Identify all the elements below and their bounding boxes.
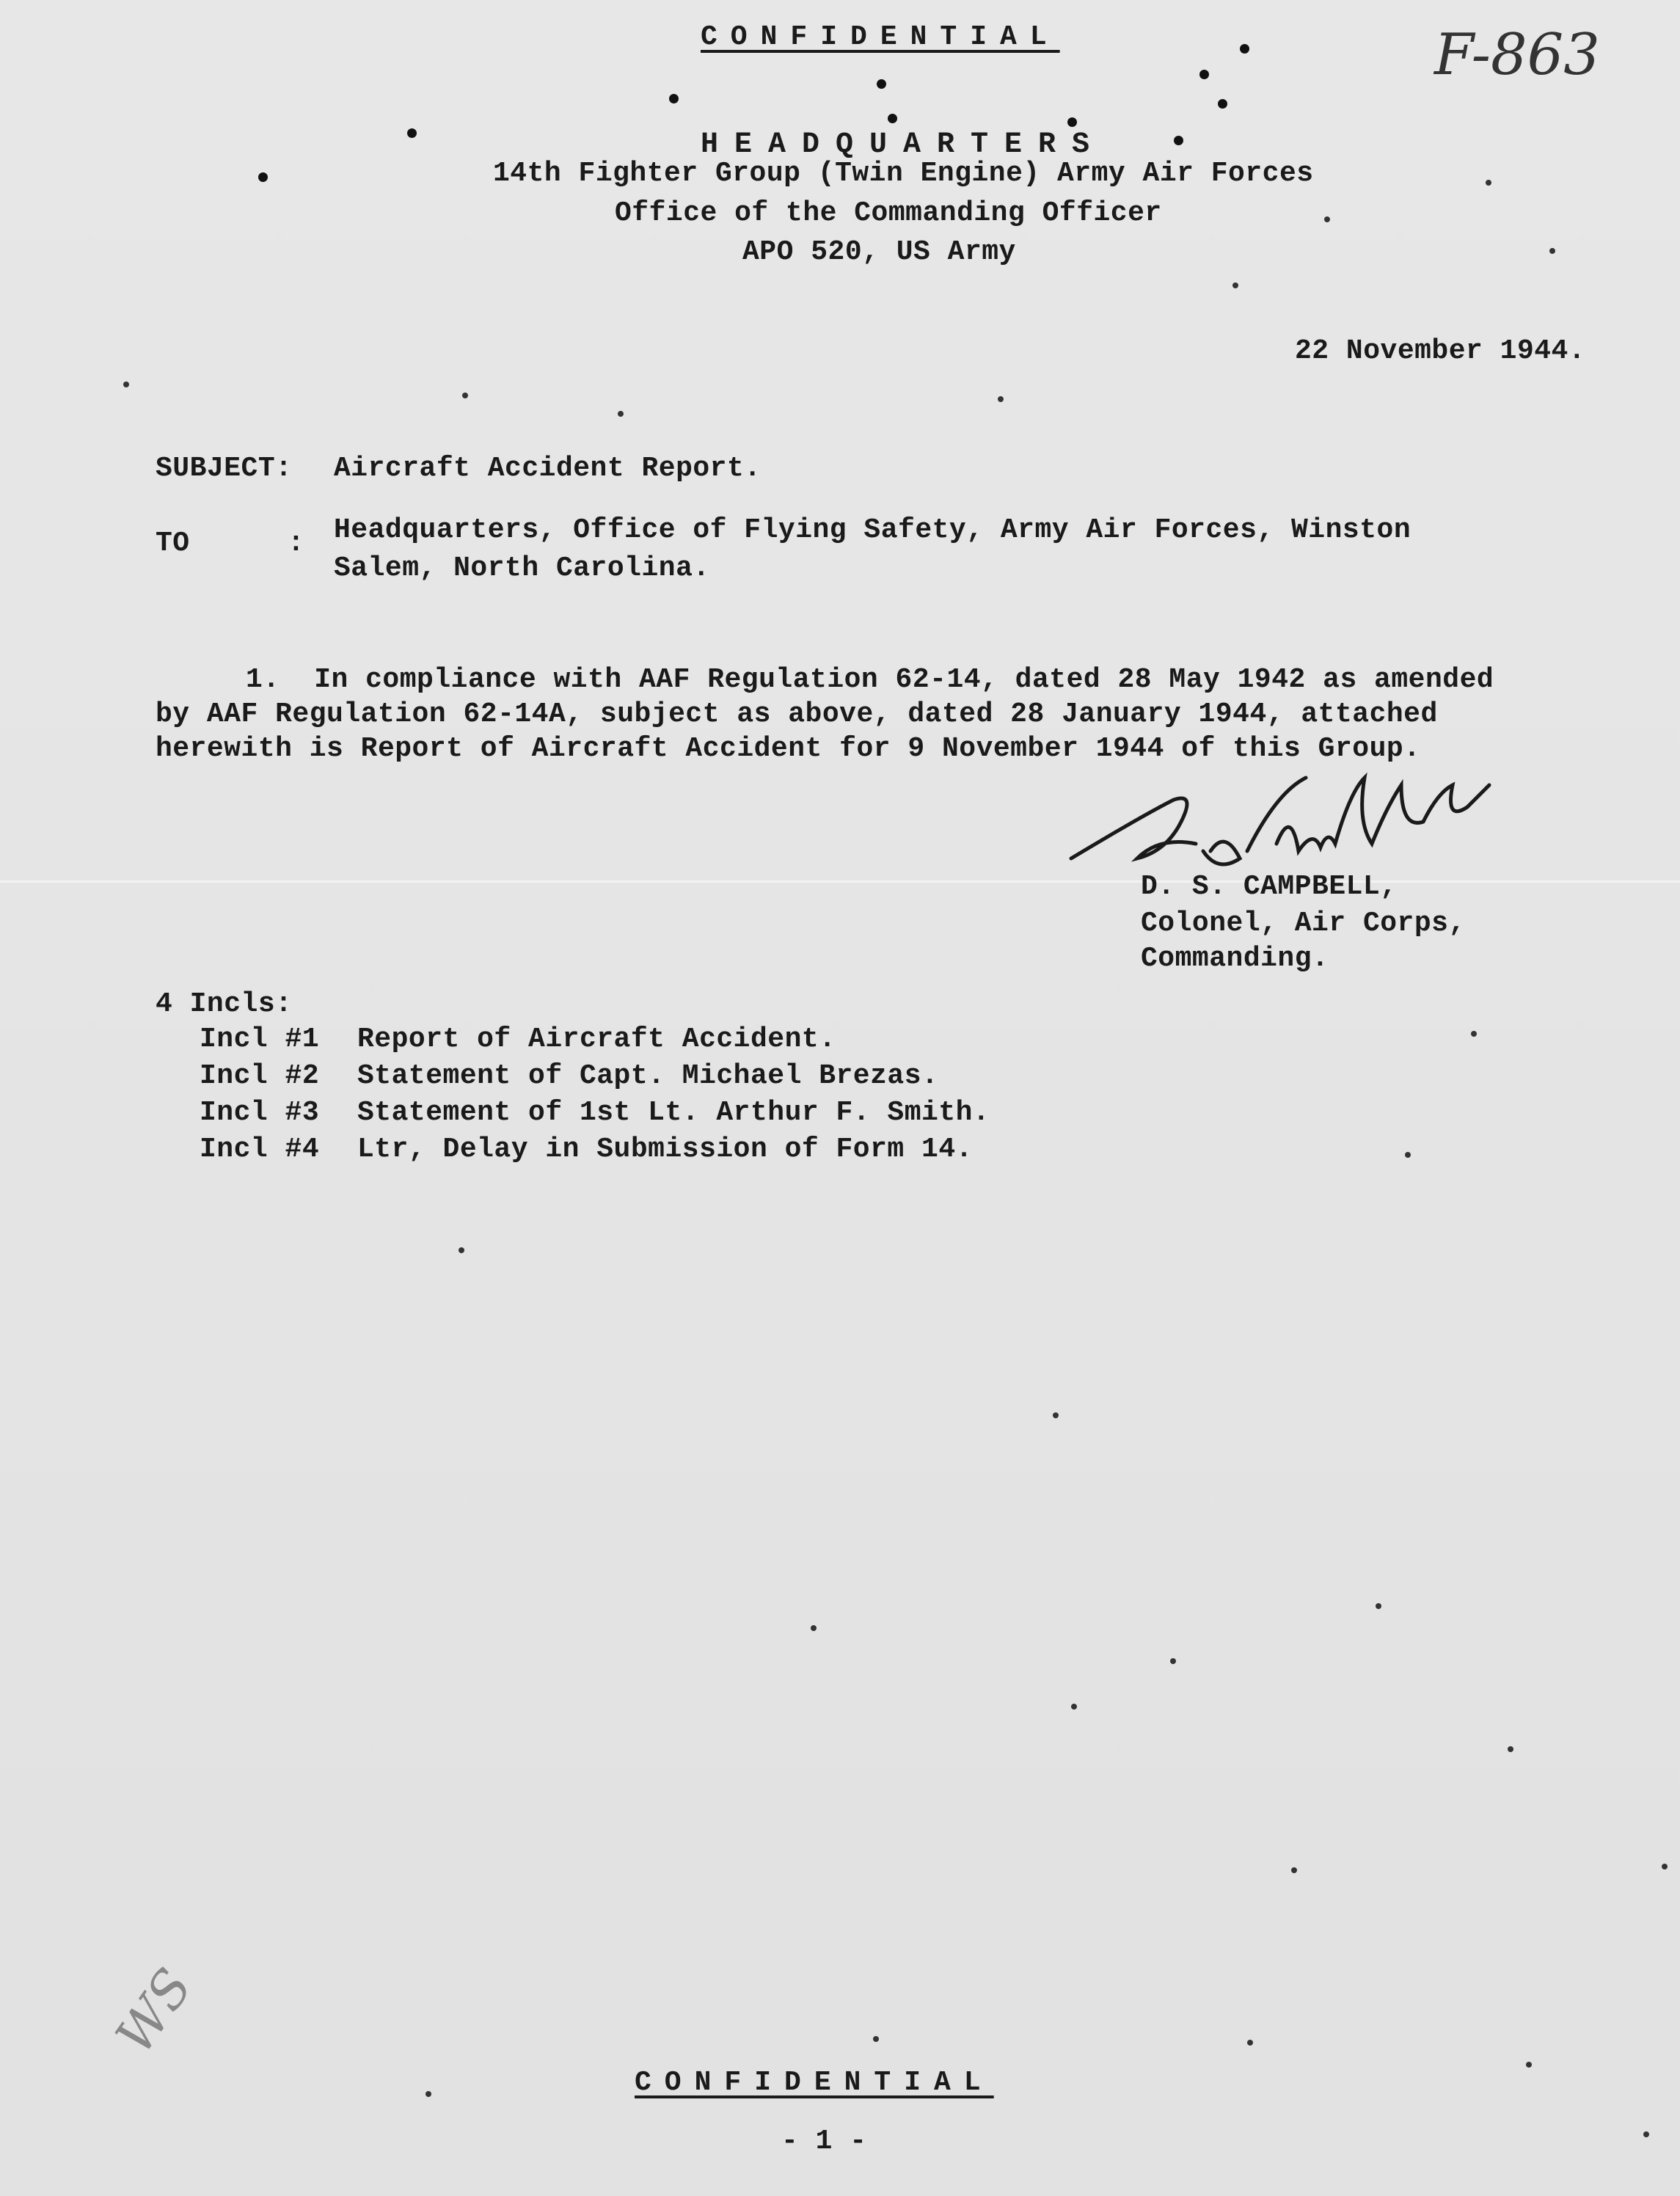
file-number-handwritten: F-863 [1434,22,1600,88]
signer-name: D. S. CAMPBELL, [1141,873,1398,901]
ink-speck [618,411,624,417]
ink-speck [1549,248,1555,254]
subject-label: SUBJECT: [156,455,292,483]
signature-campbell [1056,763,1555,888]
letterhead-title: HEADQUARTERS [701,131,1106,160]
enclosure-text-2: Statement of Capt. Michael Brezas. [357,1062,938,1090]
ink-speck [1324,216,1330,222]
ink-speck [873,2036,879,2042]
ink-speck [1053,1412,1059,1418]
ink-speck [462,393,468,398]
ink-speck [1199,70,1209,79]
letterhead-unit: 14th Fighter Group (Twin Engine) Army Ai… [493,160,1314,188]
ink-speck [1508,1746,1513,1752]
enclosure-text-4: Ltr, Delay in Submission of Form 14. [357,1136,973,1164]
ink-speck [459,1247,464,1253]
ink-speck [1247,2040,1253,2046]
to-line-1: Headquarters, Office of Flying Safety, A… [334,517,1411,544]
enclosure-label-1: Incl #1 [200,1026,319,1054]
paragraph-1-line-3: herewith is Report of Aircraft Accident … [156,735,1420,763]
enclosure-text-3: Statement of 1st Lt. Arthur F. Smith. [357,1099,990,1127]
classification-top: CONFIDENTIAL [701,23,1060,51]
ink-speck [1218,99,1227,109]
ink-speck [1471,1031,1477,1037]
ink-speck [407,128,417,138]
to-line-2: Salem, North Carolina. [334,555,710,583]
handwritten-initials: WS [104,1958,204,2064]
letterhead-apo: APO 520, US Army [742,238,1016,266]
signer-rank: Colonel, Air Corps, [1141,910,1466,938]
ink-speck [1486,180,1491,186]
ink-speck [426,2091,431,2097]
subject-text: Aircraft Accident Report. [334,455,762,483]
ink-speck [123,382,129,387]
ink-speck [1526,2062,1532,2068]
classification-bottom: CONFIDENTIAL [635,2069,994,2097]
enclosure-label-3: Incl #3 [200,1099,319,1127]
page-number: - 1 - [781,2128,867,2156]
ink-speck [1643,2131,1649,2137]
enclosure-text-1: Report of Aircraft Accident. [357,1026,836,1054]
ink-speck [1240,44,1249,54]
ink-speck [877,79,886,89]
ink-speck [1071,1704,1077,1710]
ink-speck [1662,1864,1668,1869]
letterhead-office: Office of the Commanding Officer [615,200,1162,227]
ink-speck [1291,1867,1297,1873]
paragraph-1-line-2: by AAF Regulation 62-14A, subject as abo… [156,701,1438,729]
ink-speck [888,114,897,123]
ink-speck [811,1625,817,1631]
ink-speck [1170,1658,1176,1664]
ink-speck [1067,117,1077,127]
to-colon: : [288,530,304,558]
paragraph-1-line-1: 1. In compliance with AAF Regulation 62-… [246,666,1494,694]
signer-role: Commanding. [1141,945,1329,973]
ink-speck [1232,282,1238,288]
ink-speck [258,172,268,182]
ink-speck [1376,1603,1381,1609]
document-page: F-863 CONFIDENTIAL HEADQUARTERS 14th Fig… [0,0,1680,2196]
enclosures-header: 4 Incls: [156,991,292,1018]
to-label: TO [156,530,190,558]
enclosure-label-4: Incl #4 [200,1136,319,1164]
enclosure-label-2: Incl #2 [200,1062,319,1090]
letter-date: 22 November 1944. [1295,338,1585,365]
ink-speck [1174,136,1183,145]
ink-speck [669,94,679,103]
ink-speck [1405,1152,1411,1158]
ink-speck [998,396,1004,402]
